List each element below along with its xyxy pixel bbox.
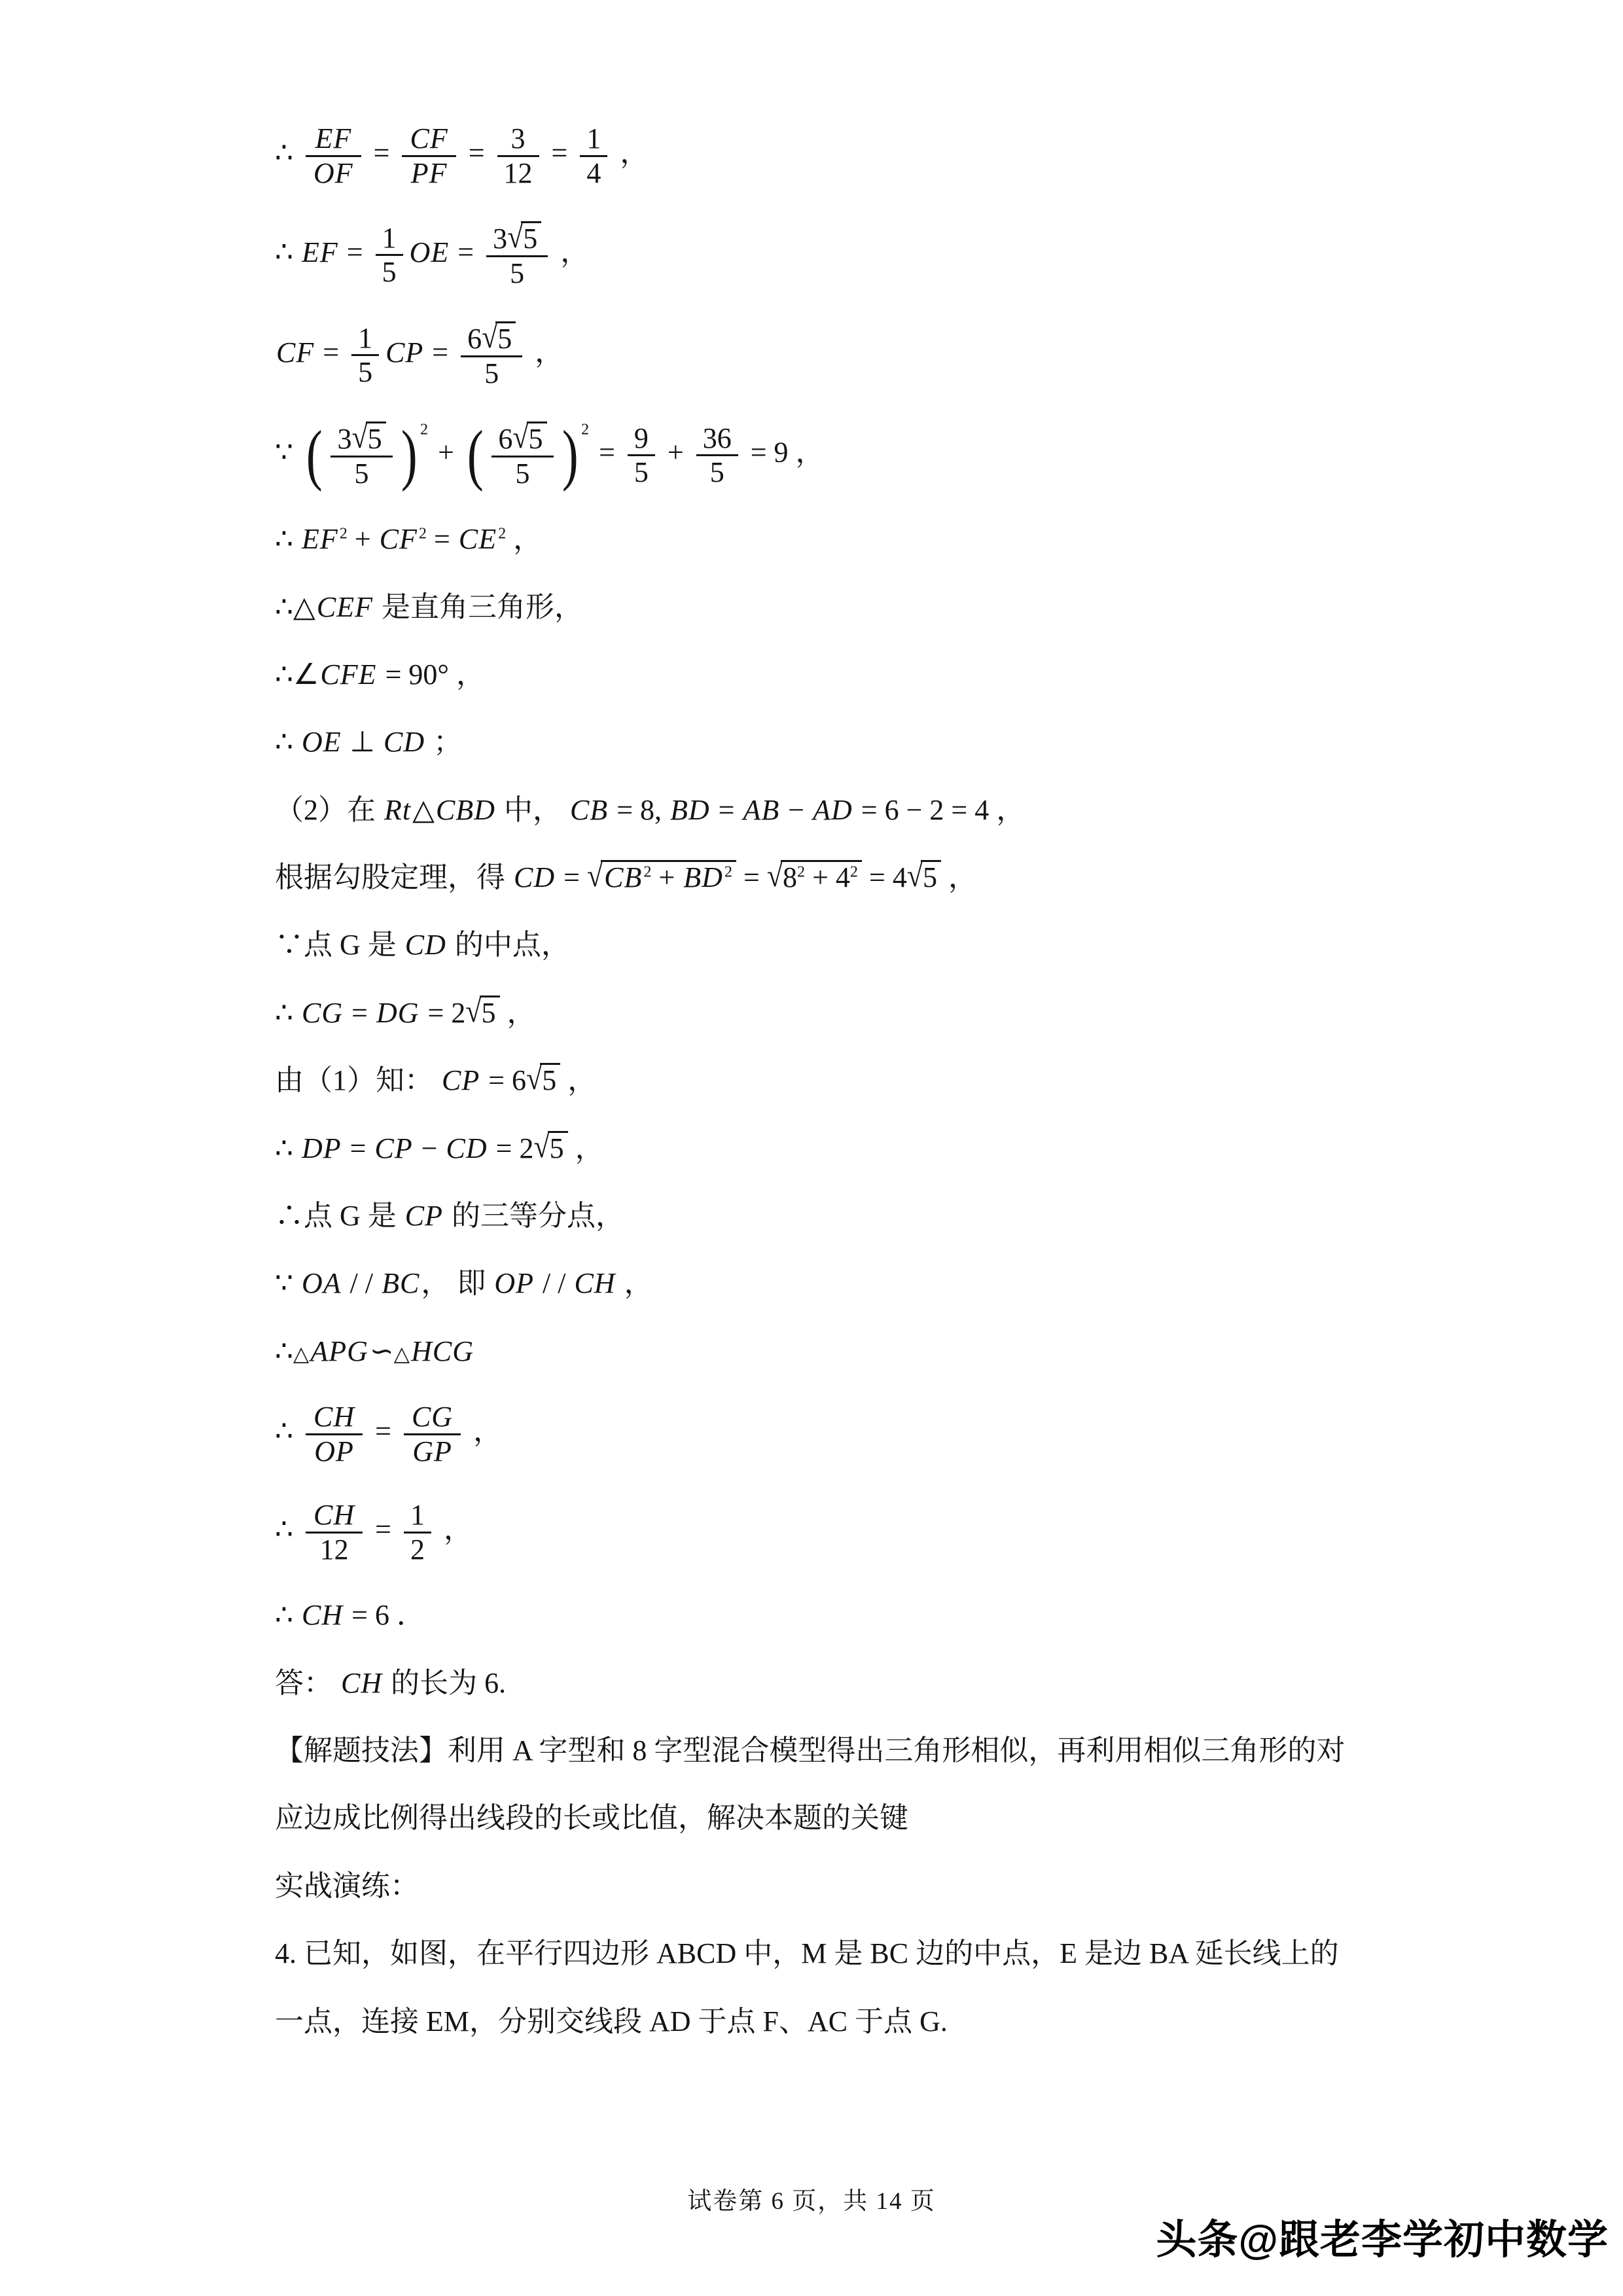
content-line-22: 【解题技法】利用 A 字型和 8 字型混合模型得出三角形相似，再利用相似三角形的… bbox=[275, 1731, 1374, 1770]
page-number-text: 试卷第 6 页，共 14 页 bbox=[687, 2188, 936, 2215]
content-line-23: 应边成比例得出线段的长或比值，解决本题的关键 bbox=[275, 1799, 1374, 1837]
content-line-18: ∴ CHOP = CGGP ， bbox=[275, 1399, 1374, 1469]
content-line-20: ∴ CH = 6 ． bbox=[275, 1596, 1374, 1634]
solution-body: ∴ EFOF = CFPF = 312 = 14 ，∴ EF = 15OE = … bbox=[275, 121, 1374, 2070]
content-line-26: 一点，连接 EM，分别交线段 AD 于点 F、AC 于点 G. bbox=[275, 2002, 1374, 2041]
content-line-10: 根据勾股定理，得 CD = √CB2 + BD2 = √82 + 42 = 4√… bbox=[275, 858, 1374, 897]
content-line-7: ∴∠CFE = 90° ， bbox=[275, 655, 1374, 694]
content-line-3: CF = 15CP = 6√55 ， bbox=[275, 319, 1374, 391]
content-line-25: 4. 已知，如图，在平行四边形 ABCD 中，M 是 BC 边的中点，E 是边 … bbox=[275, 1934, 1374, 1973]
content-line-1: ∴ EFOF = CFPF = 312 = 14 ， bbox=[275, 121, 1374, 190]
content-line-4: ∵ (3√55)2 + (6√55)2 = 95 + 365 = 9 ， bbox=[275, 420, 1374, 491]
content-line-8: ∴ OE ⊥ CD ； bbox=[275, 723, 1374, 761]
content-line-21: 答： CH 的长为 6. bbox=[275, 1664, 1374, 1702]
content-line-19: ∴ CH12 = 12 ， bbox=[275, 1498, 1374, 1567]
content-line-13: 由（1）知： CP = 6√5 ， bbox=[275, 1061, 1374, 1100]
content-line-5: ∴ EF2 + CF2 = CE2 ， bbox=[275, 520, 1374, 558]
content-line-24: 实战演练： bbox=[275, 1867, 1374, 1905]
content-line-15: ∴点 G 是 CP 的三等分点， bbox=[275, 1196, 1374, 1235]
content-line-2: ∴ EF = 15OE = 3√55 ， bbox=[275, 219, 1374, 291]
content-line-9: （2）在 Rt△CBD 中， CB = 8, BD = AB − AD = 6 … bbox=[275, 791, 1374, 829]
content-line-14: ∴ DP = CP − CD = 2√5 ， bbox=[275, 1129, 1374, 1168]
watermark: 头条@跟老李学初中数学 bbox=[1156, 2207, 1609, 2265]
content-line-12: ∴ CG = DG = 2√5 ， bbox=[275, 994, 1374, 1032]
content-line-11: ∵点 G 是 CD 的中点， bbox=[275, 925, 1374, 964]
content-line-17: ∴△APG∽△HCG bbox=[275, 1332, 1374, 1371]
content-line-6: ∴△CEF 是直角三角形， bbox=[275, 588, 1374, 626]
content-line-16: ∵ OA / / BC， 即 OP / / CH ， bbox=[275, 1264, 1374, 1302]
watermark-text: 头条@跟老李学初中数学 bbox=[1156, 2217, 1609, 2263]
